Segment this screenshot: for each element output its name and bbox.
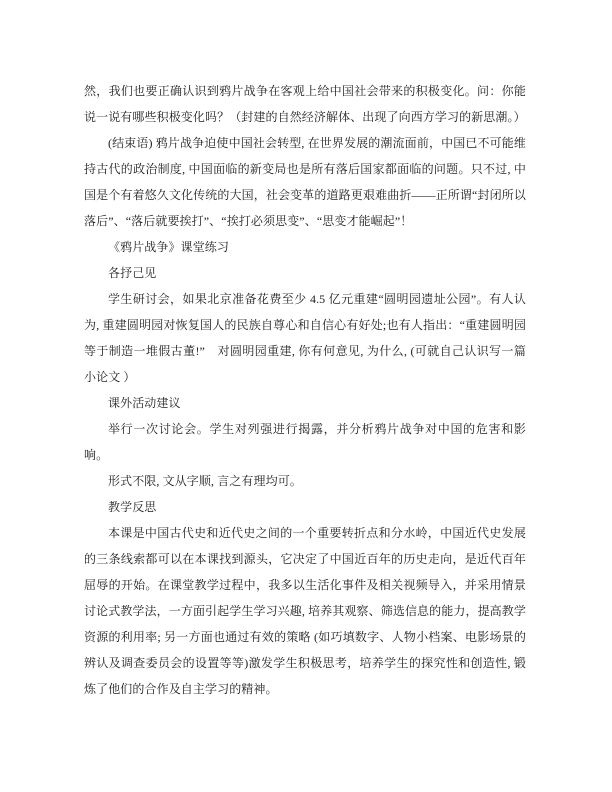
paragraph: 各抒己见 bbox=[84, 260, 526, 286]
document-text-block: 然，我们也要正确认识到鸦片战争在客观上给中国社会带来的积极变化。问：你能说一说有… bbox=[84, 78, 526, 702]
paragraph: 学生研讨会，如果北京准备花费至少 4.5 亿元重建“圆明园遗址公园”。有人认为,… bbox=[84, 286, 526, 390]
paragraph: 形式不限, 文从字顺, 言之有理均可。 bbox=[84, 468, 526, 494]
paragraph: 本课是中国古代史和近代史之间的一个重要转折点和分水岭，中国近代史发展的三条线索都… bbox=[84, 520, 526, 702]
paragraph: 《鸦片战争》课堂练习 bbox=[84, 234, 526, 260]
paragraph: 教学反思 bbox=[84, 494, 526, 520]
paragraph: 课外活动建议 bbox=[84, 390, 526, 416]
paragraph: 举行一次讨论会。学生对列强进行揭露，并分析鸦片战争对中国的危害和影响。 bbox=[84, 416, 526, 468]
document-page: 然，我们也要正确认识到鸦片战争在客观上给中国社会带来的积极变化。问：你能说一说有… bbox=[0, 0, 612, 792]
paragraph: (结束语) 鸦片战争迫使中国社会转型, 在世界发展的潮流面前，中国已不可能维持古… bbox=[84, 130, 526, 234]
paragraph: 然，我们也要正确认识到鸦片战争在客观上给中国社会带来的积极变化。问：你能说一说有… bbox=[84, 78, 526, 130]
